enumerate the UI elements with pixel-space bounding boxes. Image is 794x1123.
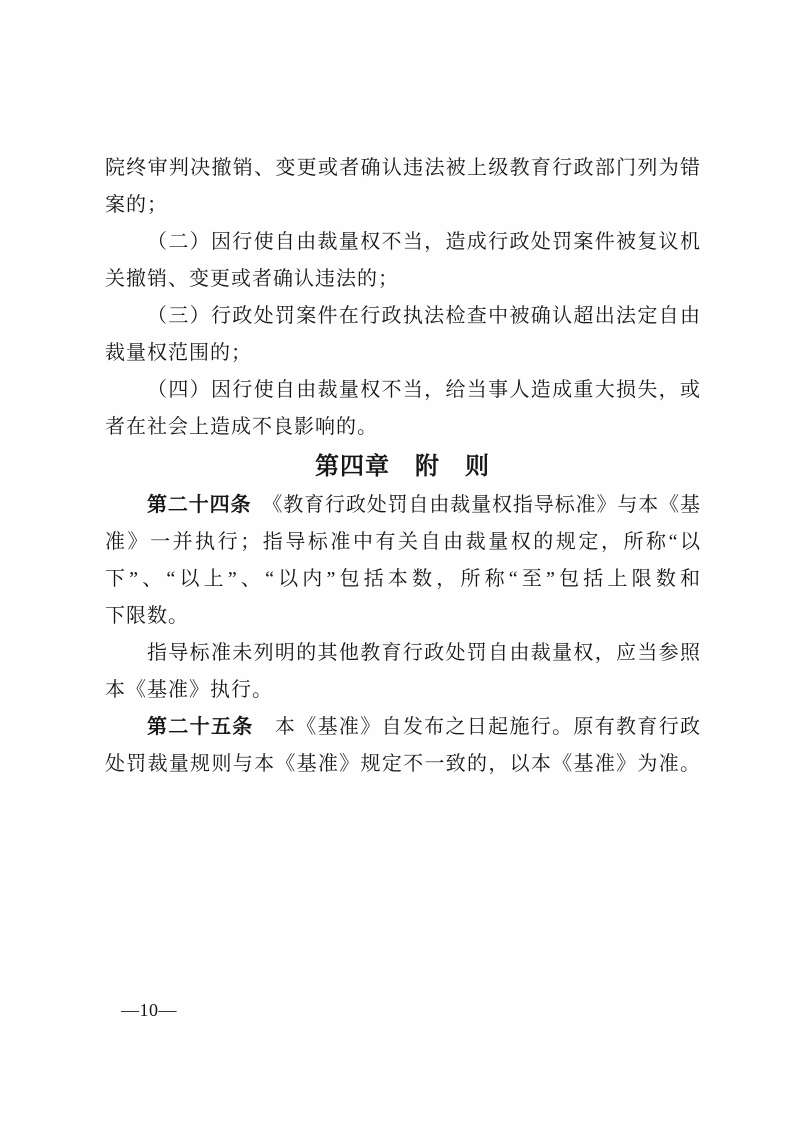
clause-4-line-1: （四）因行使自由裁量权不当，给当事人造成重大损失，或 [105, 372, 700, 409]
article-24-line-4: 下限数。 [105, 598, 700, 635]
article-24-text: 《教育行政处罚自由裁量权指导标准》与本《基 [251, 494, 700, 516]
article-24-line-3: 下”、“以上”、“以内”包括本数，所称“至”包括上限数和 [105, 561, 700, 598]
article-25-line-2: 处罚裁量规则与本《基准》规定不一致的，以本《基准》为准。 [105, 746, 700, 783]
clause-2-line-2: 关撤销、变更或者确认违法的； [105, 261, 700, 298]
article-24-label: 第二十四条 [147, 494, 251, 516]
clause-4-line-2: 者在社会上造成不良影响的。 [105, 409, 700, 446]
chapter-heading: 第四章 附 则 [105, 446, 700, 487]
article-25-label: 第二十五条 [147, 716, 254, 738]
clause-3-line-1: （三）行政处罚案件在行政执法检查中被确认超出法定自由 [105, 298, 700, 335]
article-25-text: 本《基准》自发布之日起施行。原有教育行政 [254, 716, 700, 738]
article-24-para-2-line-2: 本《基准》执行。 [105, 672, 700, 709]
document-body: 院终审判决撤销、变更或者确认违法被上级教育行政部门列为错 案的； （二）因行使自… [105, 150, 700, 783]
article-24-para-2-line-1: 指导标准未列明的其他教育行政处罚自由裁量权，应当参照 [105, 635, 700, 672]
article-25-line-1: 第二十五条 本《基准》自发布之日起施行。原有教育行政 [105, 709, 700, 746]
article-24-line-2: 准》一并执行；指导标准中有关自由裁量权的规定，所称“以 [105, 524, 700, 561]
page-number: —10— [121, 1000, 177, 1020]
body-line-1: 院终审判决撤销、变更或者确认违法被上级教育行政部门列为错 [105, 150, 700, 187]
clause-3-line-2: 裁量权范围的； [105, 335, 700, 372]
document-page: 院终审判决撤销、变更或者确认违法被上级教育行政部门列为错 案的； （二）因行使自… [0, 0, 794, 1123]
article-24-line-1: 第二十四条 《教育行政处罚自由裁量权指导标准》与本《基 [105, 487, 700, 524]
body-line-2: 案的； [105, 187, 700, 224]
clause-2-line-1: （二）因行使自由裁量权不当，造成行政处罚案件被复议机 [105, 224, 700, 261]
